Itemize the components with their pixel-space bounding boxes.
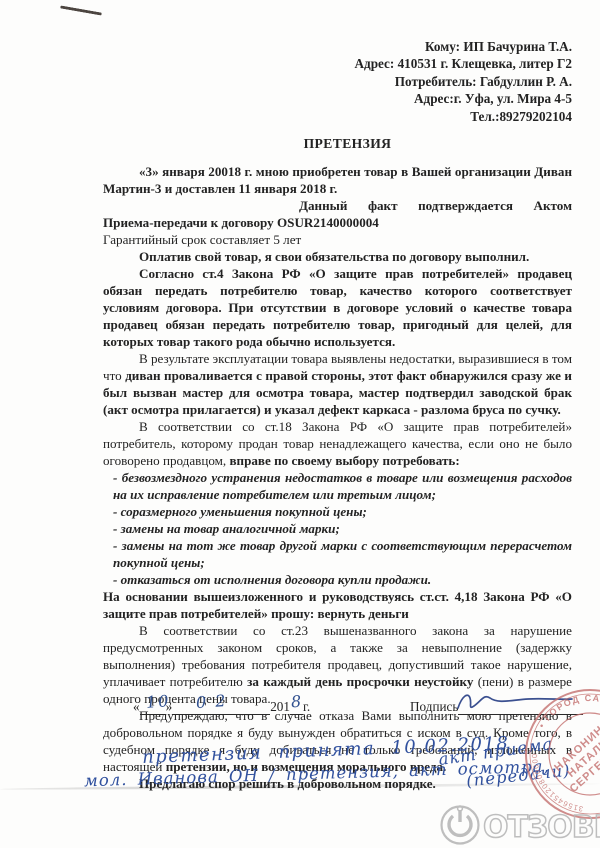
document-title: ПРЕТЕНЗИЯ [113,136,582,152]
date-line: «10»0 22018г. [133,699,310,715]
handwritten-month: 0 2 [196,691,229,712]
svg-text:• ГОРОД САРАТОВ •: • ГОРОД САРАТОВ • [537,693,600,730]
defects-bold: диван проваливается с правой стороны, эт… [103,368,572,417]
contract-number: OSUR2140000004 [277,215,379,230]
demand-item: - соразмерного уменьшения покупной цены; [113,503,572,520]
demand-item: - отказаться от исполнения договора купл… [113,571,572,588]
year-printed: 201 [270,699,290,714]
svg-text:315645120800000019: 315645120800000019 [498,676,584,814]
paragraph-warranty: Гарантийный срок составляет 5 лет [103,231,572,248]
demand-item: - замены на товар аналогичной марки; [113,520,572,537]
recipient-block: Кому: ИП Бачурина Т.А. Адрес: 410531 г. … [103,38,572,125]
paragraph-law4: Согласно ст.4 Закона РФ «О защите прав п… [103,265,572,350]
paragraph-act-fact: Данный факт подтверждается Актом Приема-… [103,197,572,231]
demands-list: - безвозмездного устранения недостатков … [103,469,572,588]
scanned-claim-document: Кому: ИП Бачурина Т.А. Адрес: 410531 г. … [0,0,600,848]
recipient-line: Адрес: 410531 г. Клещевка, литер Г2 [103,55,572,72]
day-blank: 10 [140,700,166,715]
handwritten-day: 10 [145,691,171,712]
stamp-ring-numbers: 315645120800000019 [498,676,584,814]
open-quote: « [133,699,140,714]
law18-bold: вправе по своему выбору потребовать: [229,453,459,468]
year-suffix: г. [303,699,310,714]
recipient-line: Потребитель: Габдуллин Р. А. [103,73,572,90]
stamp-ring-top-text: • ГОРОД САРАТОВ • [537,693,600,730]
demand-item: - безвозмездного устранения недостатков … [113,469,572,503]
conclusion-demand: вернуть деньги [318,606,409,621]
otzovik-watermark: ОТЗОВИК [436,799,600,847]
signature-label: Подпись [410,699,458,714]
paragraph-paid: Оплатив свой товар, я свои обязательства… [103,248,572,265]
recipient-line: Адрес:г. Уфа, ул. Мира 4-5 [103,90,572,107]
watermark-text: ОТЗОВИК [483,810,600,845]
paragraph-purchase: «3» января 20018 г. мною приобретен това… [103,163,572,197]
paragraph-defects: В результате эксплуатации товара выявлен… [103,350,572,418]
law23-bold: за каждый день просрочки неустойку [247,674,473,689]
handwritten-year-digit: 8 [290,692,303,712]
demand-item: - замены на тот же товар другой марки с … [113,537,572,571]
paragraph-law18: В соответствии со ст.18 Закона РФ «О защ… [103,418,572,469]
year-blank: 8 [290,700,303,715]
recipient-line: Кому: ИП Бачурина Т.А. [103,38,572,55]
recipient-line: Тел.:89279202104 [103,108,572,125]
month-blank: 0 2 [172,700,270,715]
paragraph-conclusion: На основании вышеизложенного и руководст… [103,588,572,622]
power-icon [442,806,479,843]
pen-mark [60,5,102,15]
